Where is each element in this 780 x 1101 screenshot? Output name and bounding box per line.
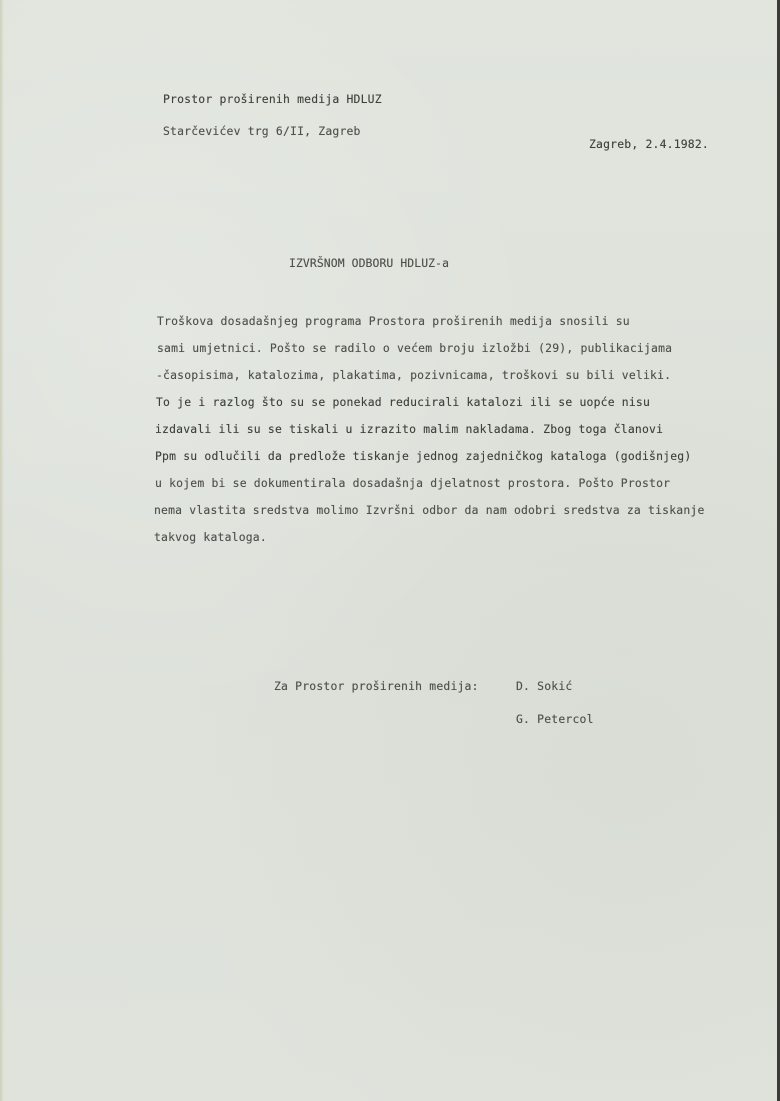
signatory-name: G. Petercol xyxy=(516,712,594,726)
body-line: To je i razlog što su se ponekad reducir… xyxy=(156,395,650,409)
body-line: Ppm su odlučili da predlože tiskanje jed… xyxy=(155,449,691,463)
body-line: sami umjetnici. Pošto se radilo o većem … xyxy=(157,341,672,355)
body-line: takvog kataloga. xyxy=(154,530,267,544)
body-line: izdavali ili su se tiskali u izrazito ma… xyxy=(155,422,663,436)
signature-label: Za Prostor proširenih medija: xyxy=(274,679,479,693)
body-line: u kojem bi se dokumentirala dosadašnja d… xyxy=(155,476,670,490)
organization-name: Prostor proširenih medija HDLUZ xyxy=(163,92,382,106)
paper-edge-left xyxy=(0,0,4,1101)
organization-address: Starčevićev trg 6/II, Zagreb xyxy=(163,124,361,138)
body-line: nema vlastita sredstva molimo Izvršni od… xyxy=(154,503,705,517)
body-line: Troškova dosadašnjeg programa Prostora p… xyxy=(157,314,630,328)
body-line: -časopisima, katalozima, plakatima, pozi… xyxy=(156,368,671,382)
addressee-heading: IZVRŠNOM ODBORU HDLUZ-a xyxy=(289,256,449,270)
date-line: Zagreb, 2.4.1982. xyxy=(589,137,709,151)
signatory-name: D. Sokić xyxy=(516,679,572,693)
